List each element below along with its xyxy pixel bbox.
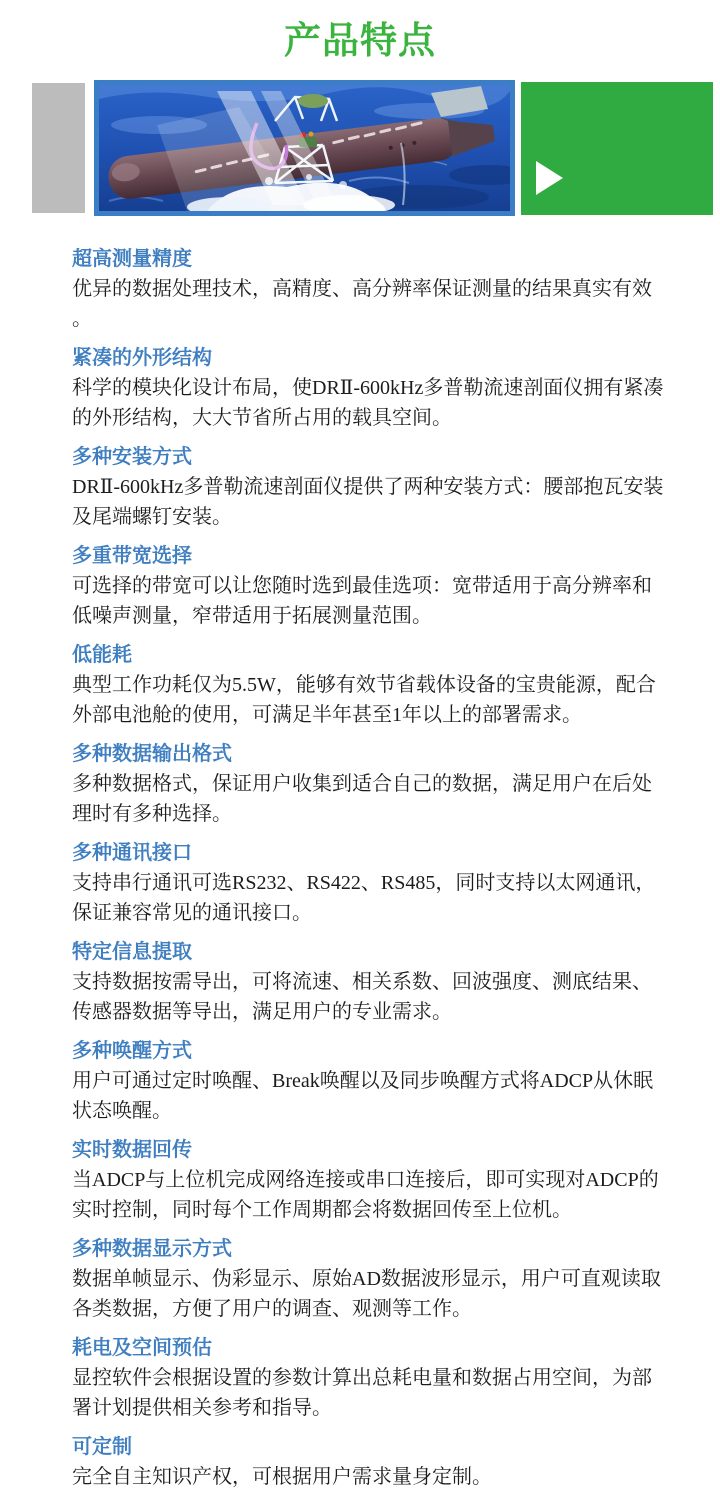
features-list: 超高测量精度 优异的数据处理技术，高精度、高分辨率保证测量的结果真实有效。 紧凑… [0, 244, 720, 1492]
feature-body: DRⅡ-600kHz多普勒流速剖面仪提供了两种安装方式：腰部抱瓦安装及尾端螺钉安… [72, 472, 664, 532]
feature-section: 多种数据输出格式 多种数据格式，保证用户收集到适合自己的数据，满足用户在后处理时… [72, 739, 664, 829]
feature-body: 用户可通过定时唤醒、Break唤醒以及同步唤醒方式将ADCP从休眠状态唤醒。 [72, 1066, 664, 1126]
feature-title: 实时数据回传 [72, 1135, 664, 1165]
feature-title: 多种安装方式 [72, 442, 664, 472]
feature-title: 多种通讯接口 [72, 838, 664, 868]
feature-section: 多种通讯接口 支持串行通讯可选RS232、RS422、RS485，同时支持以太网… [72, 838, 664, 928]
feature-title: 低能耗 [72, 640, 664, 670]
feature-section: 紧凑的外形结构 科学的模块化设计布局，使DRⅡ-600kHz多普勒流速剖面仪拥有… [72, 343, 664, 433]
feature-body: 完全自主知识产权，可根据用户需求量身定制。 [72, 1462, 664, 1492]
feature-body: 支持数据按需导出，可将流速、相关系数、回波强度、测底结果、传感器数据等导出，满足… [72, 967, 664, 1027]
deck-instrument [298, 94, 328, 108]
feature-section: 耗电及空间预估 显控软件会根据设置的参数计算出总耗电量和数据占用空间，为部署计划… [72, 1333, 664, 1423]
feature-body: 可选择的带宽可以让您随时选到最佳选项：宽带适用于高分辨率和低噪声测量，窄带适用于… [72, 571, 664, 631]
auv-ocean-photo [99, 85, 510, 211]
feature-title: 可定制 [72, 1432, 664, 1462]
feature-body: 数据单帧显示、伪彩显示、原始AD数据波形显示，用户可直观读取各类数据，方便了用户… [72, 1264, 664, 1324]
feature-body: 优异的数据处理技术，高精度、高分辨率保证测量的结果真实有效。 [72, 274, 664, 334]
feature-section: 超高测量精度 优异的数据处理技术，高精度、高分辨率保证测量的结果真实有效。 [72, 244, 664, 334]
carousel-prev-peek[interactable] [32, 83, 85, 213]
carousel-next-button[interactable] [521, 82, 713, 215]
feature-title: 多种数据输出格式 [72, 739, 664, 769]
feature-section: 实时数据回传 当ADCP与上位机完成网络连接或串口连接后，即可实现对ADCP的实… [72, 1135, 664, 1225]
feature-body: 当ADCP与上位机完成网络连接或串口连接后，即可实现对ADCP的实时控制，同时每… [72, 1165, 664, 1225]
feature-section: 多重带宽选择 可选择的带宽可以让您随时选到最佳选项：宽带适用于高分辨率和低噪声测… [72, 541, 664, 631]
feature-section: 低能耗 典型工作功耗仅为5.5W，能够有效节省载体设备的宝贵能源，配合外部电池舱… [72, 640, 664, 730]
feature-title: 多种唤醒方式 [72, 1036, 664, 1066]
feature-title: 超高测量精度 [72, 244, 664, 274]
feature-section: 多种安装方式 DRⅡ-600kHz多普勒流速剖面仪提供了两种安装方式：腰部抱瓦安… [72, 442, 664, 532]
feature-body: 显控软件会根据设置的参数计算出总耗电量和数据占用空间，为部署计划提供相关参考和指… [72, 1363, 664, 1423]
feature-title: 多种数据显示方式 [72, 1234, 664, 1264]
feature-body: 科学的模块化设计布局，使DRⅡ-600kHz多普勒流速剖面仪拥有紧凑的外形结构，… [72, 373, 664, 433]
feature-title: 多重带宽选择 [72, 541, 664, 571]
product-photo[interactable] [94, 80, 515, 216]
feature-body: 多种数据格式，保证用户收集到适合自己的数据，满足用户在后处理时有多种选择。 [72, 769, 664, 829]
image-carousel [0, 80, 720, 216]
play-icon [536, 161, 563, 195]
feature-title: 耗电及空间预估 [72, 1333, 664, 1363]
feature-section: 多种唤醒方式 用户可通过定时唤醒、Break唤醒以及同步唤醒方式将ADCP从休眠… [72, 1036, 664, 1126]
feature-section: 多种数据显示方式 数据单帧显示、伪彩显示、原始AD数据波形显示，用户可直观读取各… [72, 1234, 664, 1324]
feature-body: 典型工作功耗仅为5.5W，能够有效节省载体设备的宝贵能源，配合外部电池舱的使用，… [72, 670, 664, 730]
feature-title: 紧凑的外形结构 [72, 343, 664, 373]
page-title: 产品特点 [0, 21, 720, 61]
feature-title: 特定信息提取 [72, 937, 664, 967]
feature-section: 特定信息提取 支持数据按需导出，可将流速、相关系数、回波强度、测底结果、传感器数… [72, 937, 664, 1027]
feature-section: 可定制 完全自主知识产权，可根据用户需求量身定制。 [72, 1432, 664, 1492]
feature-body: 支持串行通讯可选RS232、RS422、RS485，同时支持以太网通讯，保证兼容… [72, 868, 664, 928]
